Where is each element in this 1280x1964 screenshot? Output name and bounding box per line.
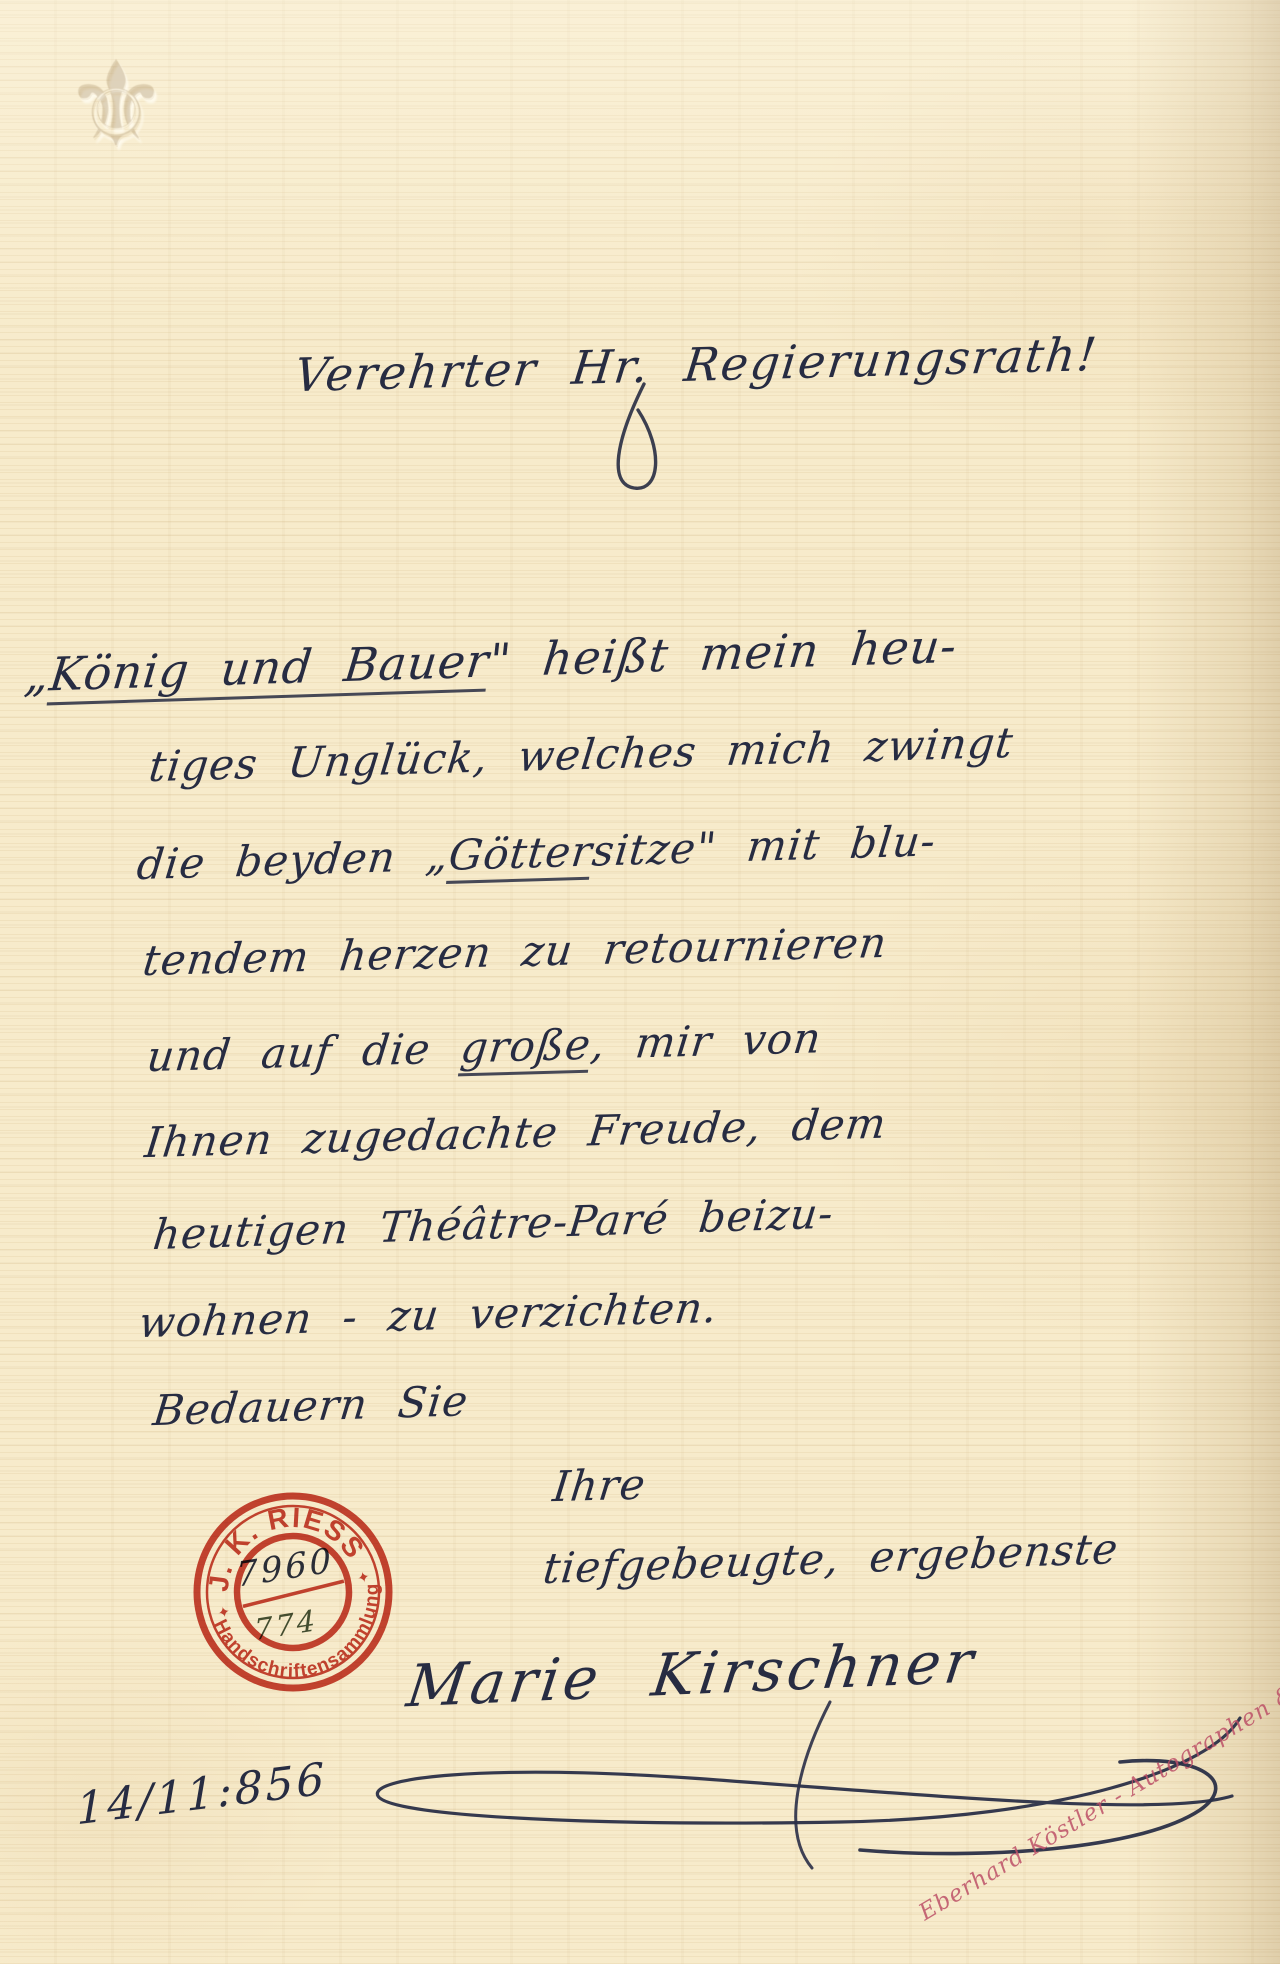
salutation-line: Verehrter Hr. Regierungsrath! (292, 327, 1101, 402)
body-line-text: , mir von (588, 1013, 824, 1069)
body-line: die beyden „Göttersitze" mit blu- (135, 816, 939, 889)
body-line-text: tiges Unglück, welches mich zwingt (146, 718, 1016, 791)
stamp-separator-right-icon: ✦ (355, 1567, 372, 1588)
salutation-text: Verehrter Hr. Regierungsrath! (292, 327, 1101, 402)
body-line-text: sitze" mit blu- (590, 816, 939, 875)
underlined-phrase: Götter (446, 826, 595, 883)
collector-stamp-graphic: J. K. RIESS Handschriftensammlung ✦ ✦ (157, 1456, 429, 1728)
underlined-phrase: König und Bauer (47, 633, 493, 705)
date-annotation: 14/11:856 (76, 1753, 328, 1835)
body-line: Bedauern Sie (151, 1376, 471, 1435)
body-line: „König und Bauer" heißt mein heu- (22, 619, 960, 703)
body-line-text: Bedauern Sie (151, 1376, 471, 1435)
body-line: tendem herzen zu retournieren (140, 918, 890, 985)
collector-stamp: J. K. RIESS Handschriftensammlung ✦ ✦ (157, 1456, 429, 1728)
body-line-text: Ihre (550, 1460, 648, 1512)
body-line: wohnen - zu verzichten. (136, 1283, 720, 1347)
body-line-text: heutigen Théâtre-Paré beizu- (151, 1189, 837, 1260)
body-line-text: tendem herzen zu retournieren (140, 918, 890, 985)
body-line-text: " heißt mein heu- (486, 619, 960, 688)
body-line-text: und auf die (144, 1023, 463, 1081)
body-line: Ihnen zugedachte Freude, dem (142, 1099, 889, 1168)
underlined-phrase: große (458, 1020, 594, 1077)
body-line: und auf die große, mir von (144, 1013, 824, 1081)
body-line-text: wohnen - zu verzichten. (136, 1283, 720, 1347)
body-line-text: tiefgebeugte, ergebenste (541, 1524, 1121, 1593)
body-line: tiges Unglück, welches mich zwingt (146, 718, 1016, 791)
letter-page: ⚜ Verehrter Hr. Regierungsrath! „König u… (0, 0, 1280, 1964)
stamp-separator-left-icon: ✦ (216, 1602, 233, 1623)
date-annotation-text: 14/11:856 (76, 1753, 328, 1835)
body-line-text: die beyden „ (135, 831, 452, 889)
body-line: Ihre (550, 1460, 648, 1512)
embossed-crest-watermark: ⚜ (52, 26, 182, 196)
salutation-flourish (598, 380, 688, 500)
body-line: tiefgebeugte, ergebenste (541, 1524, 1121, 1593)
body-line-text: Ihnen zugedachte Freude, dem (142, 1099, 889, 1168)
body-line: heutigen Théâtre-Paré beizu- (151, 1189, 837, 1260)
signature-flourish (360, 1700, 1260, 1930)
